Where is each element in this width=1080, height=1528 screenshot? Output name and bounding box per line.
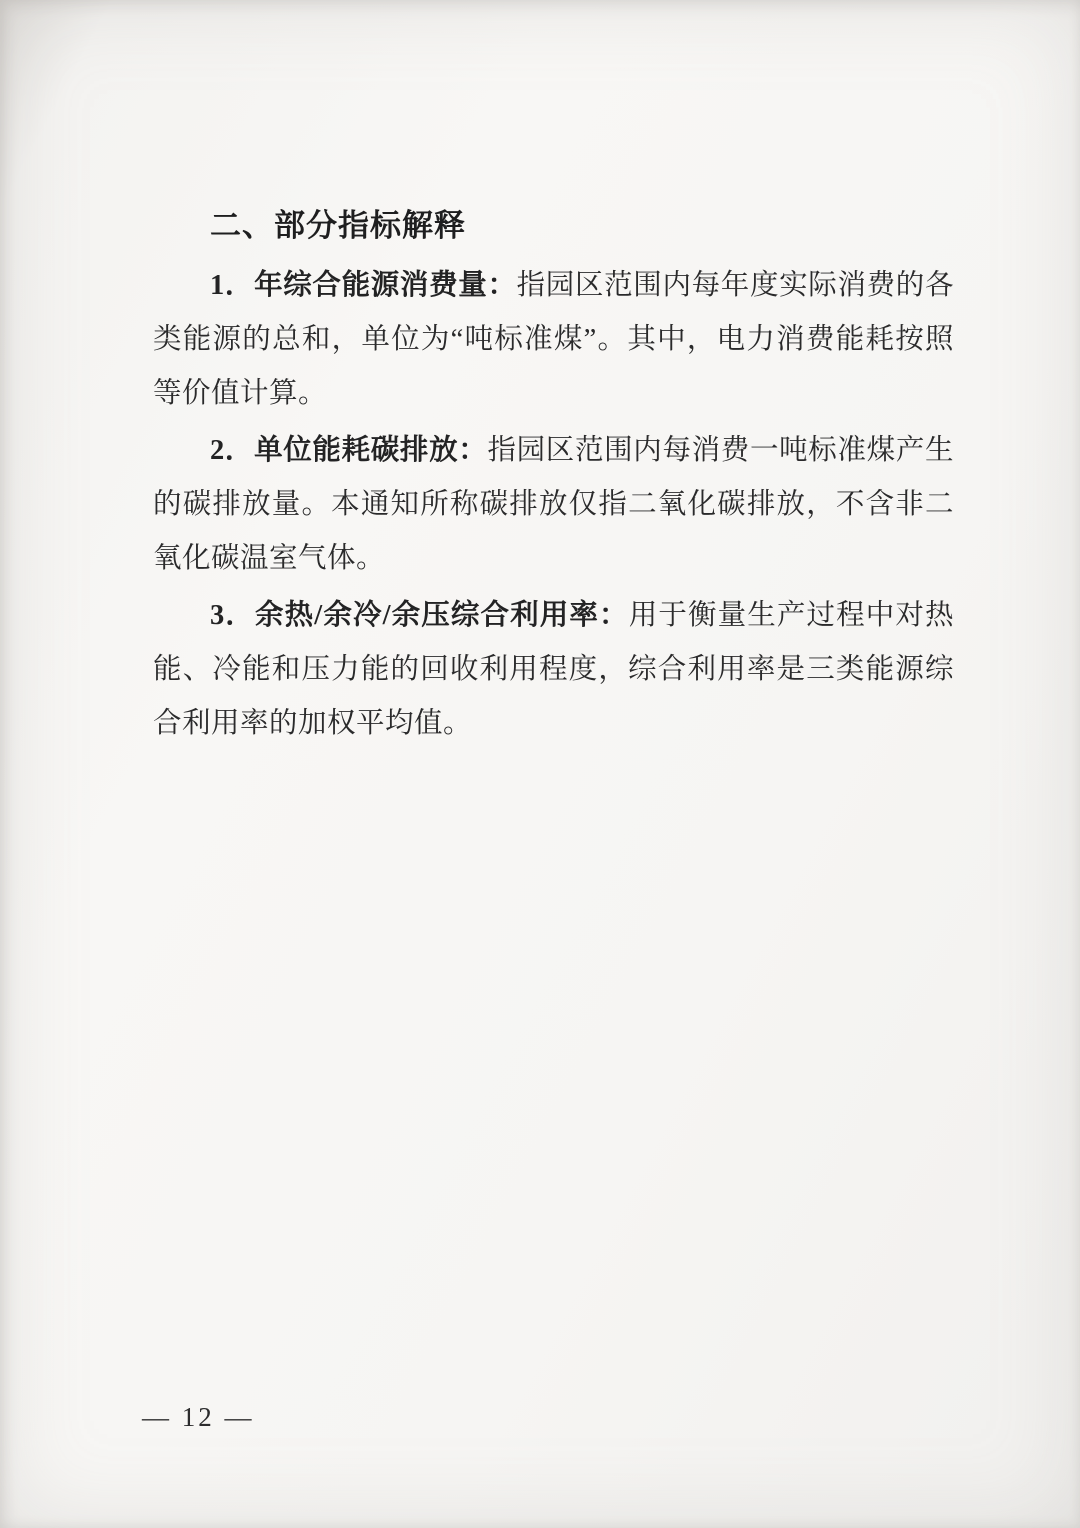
paragraph-2: 2．单位能耗碳排放：指园区范围内每消费一吨标准煤产生的碳排放量。本通知所称碳排放… (153, 424, 954, 586)
paragraph-1-lead: 1．年综合能源消费量： (210, 270, 517, 301)
paragraph-2-lead: 2．单位能耗碳排放： (210, 435, 487, 466)
section-heading: 二、部分指标解释 (153, 205, 954, 247)
paragraph-3-lead: 3．余热/余冷/余压综合利用率： (210, 600, 629, 631)
page-number: — 12 — (142, 1401, 255, 1433)
paragraph-3: 3．余热/余冷/余压综合利用率：用于衡量生产过程中对热能、冷能和压力能的回收利用… (153, 589, 954, 751)
document-body: 二、部分指标解释 1．年综合能源消费量：指园区范围内每年度实际消费的各类能源的总… (153, 205, 954, 751)
paragraph-1: 1．年综合能源消费量：指园区范围内每年度实际消费的各类能源的总和，单位为“吨标准… (153, 259, 954, 421)
